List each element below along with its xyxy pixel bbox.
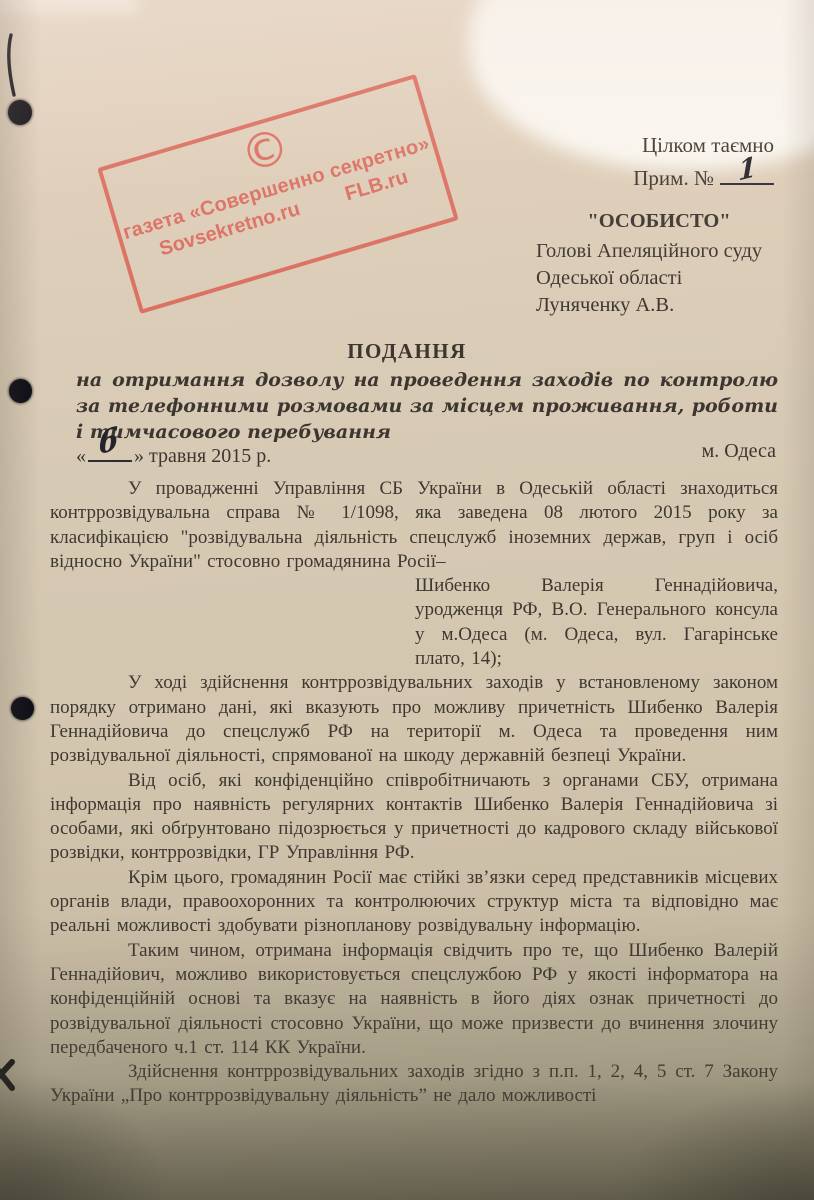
copy-number-slot: 1 — [720, 161, 774, 185]
date-rest: травня 2015 р. — [144, 445, 271, 467]
document-title: ПОДАННЯ — [0, 339, 814, 364]
body-paragraph: Таким чином, отримана інформація свідчит… — [50, 939, 778, 1060]
hole-punch-dot — [8, 100, 32, 125]
addressee-block: "ОСОБИСТО" Голові Апеляційного суду Одес… — [536, 208, 782, 319]
dateline: «6» травня 2015 р. м. Одеса — [76, 440, 776, 468]
body-paragraph: У ході здійснення контррозвідувальних за… — [50, 671, 778, 768]
body-paragraph: Шибенко Валерія Геннадійовича, уродженця… — [415, 574, 778, 671]
hole-punch-dot — [11, 697, 34, 720]
copy-number-label: Прим. № — [633, 166, 714, 190]
body-paragraph: Крім цього, громадянин Росії має стійкі … — [50, 866, 778, 939]
date-left: «6» травня 2015 р. — [76, 440, 271, 468]
press-copyright-stamp: © газета «Совершенно секретно» Sovsekret… — [97, 74, 458, 314]
handwritten-copy-number: 1 — [738, 151, 756, 187]
open-quote: « — [76, 445, 86, 467]
copyright-icon: © — [235, 121, 295, 181]
day-slot: 6 — [88, 440, 132, 462]
pen-stroke-mark — [3, 33, 23, 99]
close-quote: » — [134, 445, 144, 467]
addressee-line: Одеської області — [536, 265, 782, 292]
copy-number-line: Прим. №1 — [633, 161, 774, 194]
personal-label: "ОСОБИСТО" — [536, 208, 782, 235]
city-label: м. Одеса — [702, 440, 776, 468]
addressee-line: Луняченку А.В. — [536, 292, 782, 319]
document-subtitle: на отримання дозволу на проведення заход… — [76, 367, 778, 445]
body-paragraph: У провадженні Управління СБ України в Од… — [50, 477, 778, 574]
body-paragraph: Здійснення контррозвідувальних заходів з… — [50, 1060, 778, 1109]
classification-block: Цілком таємно Прим. №1 — [633, 130, 774, 194]
top-edge-highlight — [0, 0, 138, 14]
hole-punch-dot — [9, 379, 32, 403]
addressee-line: Голові Апеляційного суду — [536, 238, 782, 265]
document-photo: © газета «Совершенно секретно» Sovsekret… — [0, 0, 814, 1200]
handwritten-day: 6 — [98, 420, 119, 463]
x-pen-mark — [0, 1056, 18, 1092]
body-text: У провадженні Управління СБ України в Од… — [50, 477, 778, 1109]
body-paragraph: Від осіб, які конфіденційно співробітнич… — [50, 769, 778, 866]
